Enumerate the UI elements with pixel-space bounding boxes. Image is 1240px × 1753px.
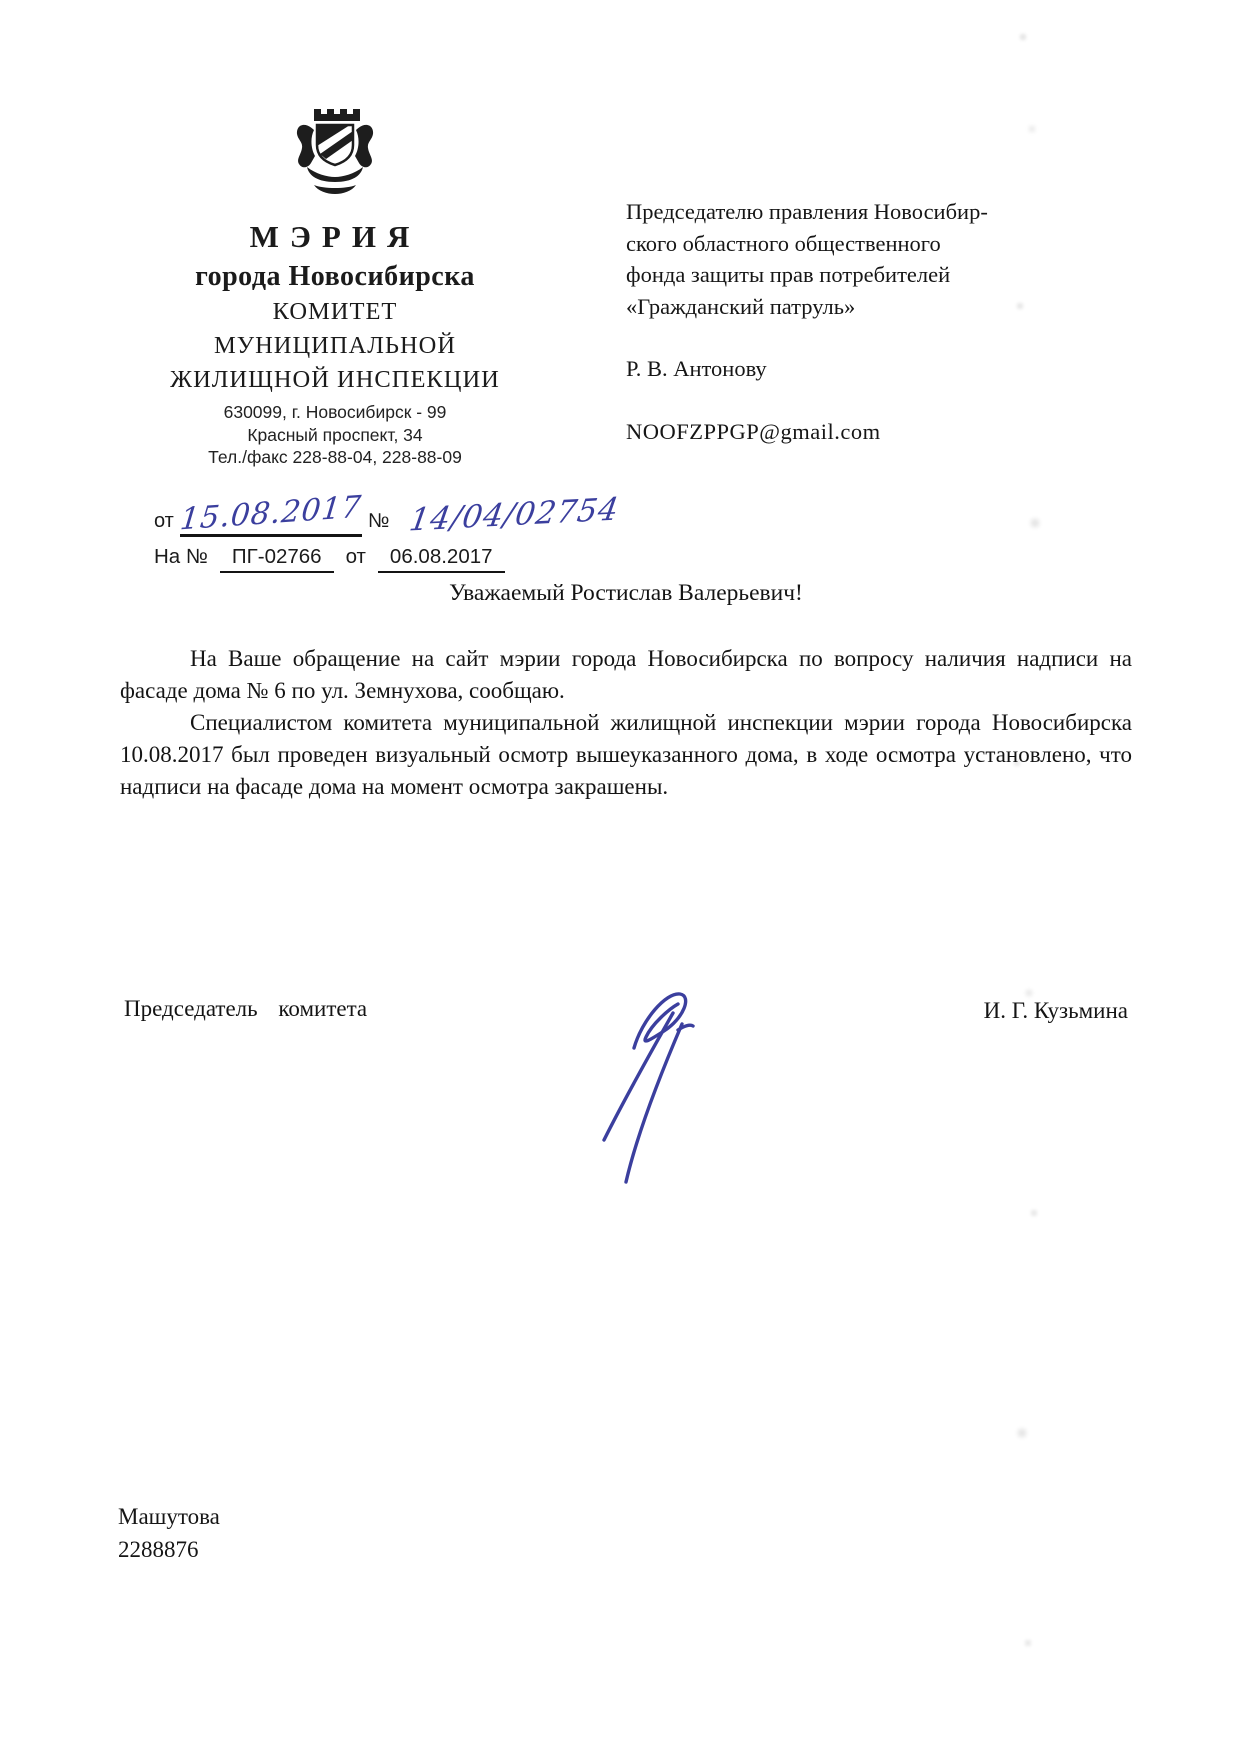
- org-dept-line2: МУНИЦИПАЛЬНОЙ: [128, 331, 542, 361]
- recipient-org-line3: фонда защиты прав потребителей: [626, 259, 1106, 291]
- scan-artifacts: [0, 0, 2, 2]
- executor-name: Машутова: [118, 1500, 220, 1533]
- recipient-org-line1: Председателю правления Новосибир-: [626, 196, 1106, 228]
- org-dept-line1: КОМИТЕТ: [128, 297, 542, 327]
- salutation: Уважаемый Ростислав Валерьевич!: [120, 580, 1132, 607]
- recipient-org-line4: «Гражданский патруль»: [626, 291, 1106, 323]
- outgoing-number-label: №: [368, 510, 389, 537]
- outgoing-number-handwritten: 14/04/02754: [407, 491, 622, 538]
- incoming-ref-label: На №: [154, 545, 208, 569]
- novosibirsk-coat-of-arms-icon: [283, 100, 387, 204]
- org-street-address: Красный проспект, 34: [128, 424, 542, 447]
- signature-row: Председатель комитета И. Г. Кузьмина: [122, 996, 1134, 1206]
- org-name: МЭРИЯ: [128, 219, 542, 255]
- body-paragraph-1: На Ваше обращение на сайт мэрии города Н…: [120, 643, 1132, 707]
- recipient-org-line2: ского областного общественного: [626, 228, 1106, 260]
- org-phone-fax: Тел./факс 228-88-04, 228-88-09: [128, 446, 542, 469]
- org-postal-address: 630099, г. Новосибирск - 99: [128, 401, 542, 424]
- incoming-from-label: от: [346, 545, 366, 569]
- org-dept-line3: ЖИЛИЩНОЙ ИНСПЕКЦИИ: [128, 365, 542, 395]
- incoming-ref-row: На № ПГ-02766 от 06.08.2017: [128, 545, 542, 573]
- handwritten-signature: [574, 982, 724, 1198]
- recipient-block: Председателю правления Новосибир- ского …: [626, 196, 1106, 447]
- letter-body: Уважаемый Ростислав Валерьевич! На Ваше …: [120, 580, 1132, 803]
- recipient-name: Р. В. Антонову: [626, 353, 1106, 385]
- outgoing-ref-row: от 15.08.2017 № 14/04/02754: [128, 479, 542, 537]
- scanned-letter-page: МЭРИЯ города Новосибирска КОМИТЕТ МУНИЦИ…: [0, 0, 1240, 1753]
- org-city: города Новосибирска: [128, 261, 542, 293]
- outgoing-from-label: от: [154, 510, 174, 537]
- letterhead: МЭРИЯ города Новосибирска КОМИТЕТ МУНИЦИ…: [128, 100, 542, 573]
- incoming-ref-date: 06.08.2017: [378, 545, 505, 573]
- body-paragraph-2: Специалистом комитета муниципальной жили…: [120, 707, 1132, 803]
- signatory-position-title: Председатель комитета: [124, 996, 367, 1022]
- executor-block: Машутова 2288876: [118, 1500, 220, 1566]
- signatory-name: И. Г. Кузьмина: [984, 998, 1128, 1024]
- outgoing-date-handwritten: 15.08.2017: [178, 490, 363, 537]
- recipient-email: NOOFZPPGP@gmail.com: [626, 416, 1106, 448]
- executor-phone: 2288876: [118, 1533, 220, 1566]
- incoming-ref-number: ПГ-02766: [220, 545, 334, 573]
- outgoing-date-field: 15.08.2017: [180, 497, 362, 537]
